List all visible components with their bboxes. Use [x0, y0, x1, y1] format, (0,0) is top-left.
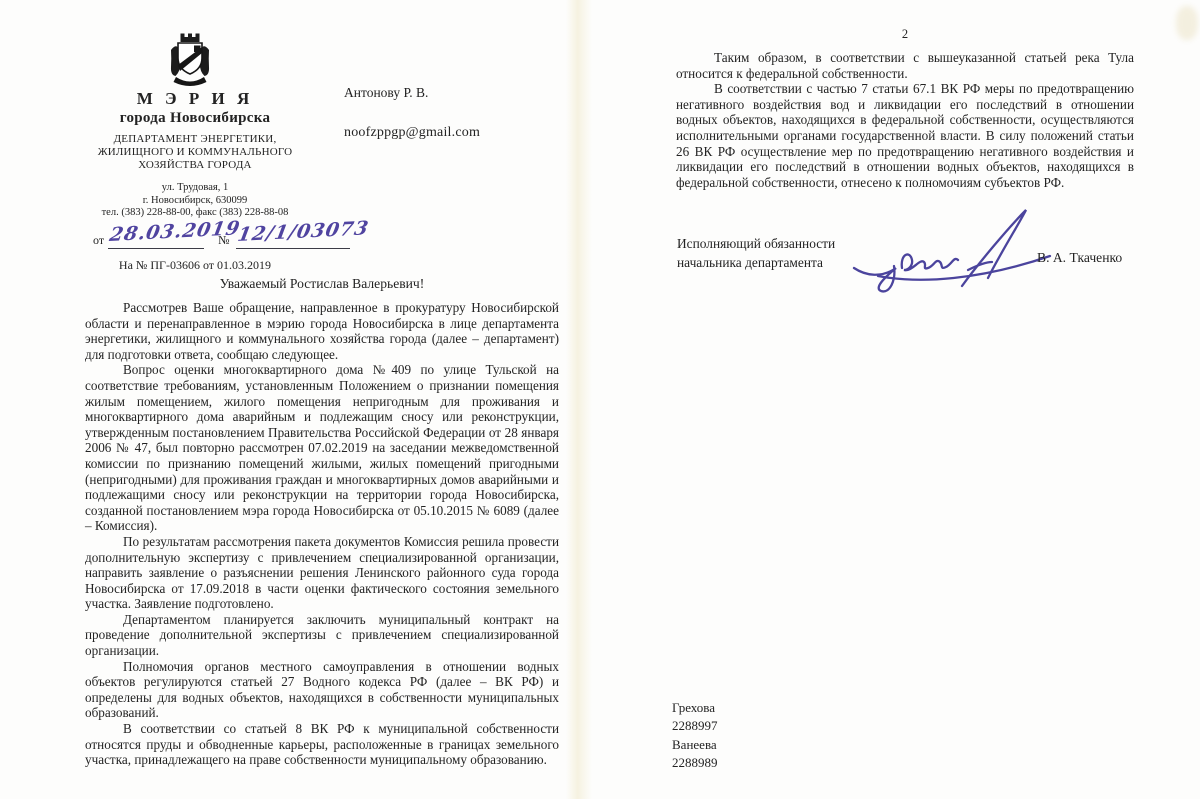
date-prefix-label: от [93, 233, 108, 249]
paragraph: В соответствии с частью 7 статьи 67.1 ВК… [676, 81, 1134, 190]
executor-phone: 2288997 [672, 717, 718, 735]
signatory-title: Исполняющий обязанности начальника депар… [677, 234, 835, 272]
org-address-city: г. Новосибирск, 630099 [40, 195, 350, 207]
org-address-street: ул. Трудовая, 1 [40, 182, 350, 194]
paragraph: Таким образом, в соответствии с вышеуказ… [676, 50, 1134, 81]
number-underline: 12/1/03073 [236, 224, 350, 249]
signatory-title-line1: Исполняющий обязанности [677, 234, 835, 253]
salutation: Уважаемый Ростислав Валерьевич! [85, 276, 559, 292]
paragraph: Рассмотрев Ваше обращение, направленное … [85, 300, 559, 362]
recipient-name: Антонову Р. В. [344, 85, 480, 101]
letter-page-2: 2 Таким образом, в соответствии с вышеук… [600, 0, 1200, 799]
org-name: М Э Р И Я [40, 89, 350, 108]
letter-body-page-2: Таким образом, в соответствии с вышеуказ… [676, 50, 1134, 190]
letter-page-1: М Э Р И Я города Новосибирска ДЕПАРТАМЕН… [0, 0, 600, 799]
org-phone-fax: тел. (383) 228-88-00, факс (383) 228-88-… [40, 207, 350, 219]
handwritten-number: 12/1/03073 [236, 219, 370, 245]
date-underline: 28.03.2019 [108, 224, 204, 249]
paragraph: По результатам рассмотрения пакета докум… [85, 534, 559, 612]
executor-name: Грехова [672, 699, 718, 717]
org-name-line2: города Новосибирска [40, 110, 350, 127]
recipient-block: Антонову Р. В. noofzppgp@gmail.com [344, 85, 480, 141]
org-department-line3: ХОЗЯЙСТВА ГОРОДА [40, 159, 350, 171]
org-department-line1: ДЕПАРТАМЕНТ ЭНЕРГЕТИКИ, [40, 133, 350, 145]
paragraph: Вопрос оценки многоквартирного дома №409… [85, 362, 559, 534]
signatory-title-line2: начальника департамента [677, 253, 835, 272]
executor-contacts: Грехова 2288997 Ванеева 2288989 [672, 699, 718, 773]
page-number: 2 [676, 27, 1134, 42]
incoming-reference-line: На № ПГ-03606 от 01.03.2019 [40, 258, 350, 273]
novosibirsk-coat-of-arms-icon [167, 32, 213, 93]
letter-body-page-1: Рассмотрев Ваше обращение, направленное … [85, 300, 559, 768]
signature-ink [850, 206, 1058, 303]
recipient-email: noofzppgp@gmail.com [344, 125, 480, 141]
executor-name: Ванеева [672, 736, 718, 754]
paragraph: В соответствии со статьей 8 ВК РФ к муни… [85, 721, 559, 768]
executor-phone: 2288989 [672, 754, 718, 772]
document-date-number-line: от 28.03.2019 № 12/1/03073 [93, 224, 350, 249]
sender-letterhead: М Э Р И Я города Новосибирска ДЕПАРТАМЕН… [40, 89, 350, 219]
org-department-line2: ЖИЛИЩНОГО И КОММУНАЛЬНОГО [40, 146, 350, 158]
signatory-name: В. А. Ткаченко [1037, 250, 1122, 266]
paragraph: Департаментом планируется заключить муни… [85, 612, 559, 659]
paragraph: Полномочия органов местного самоуправлен… [85, 659, 559, 721]
scan-artifact [1176, 6, 1198, 40]
